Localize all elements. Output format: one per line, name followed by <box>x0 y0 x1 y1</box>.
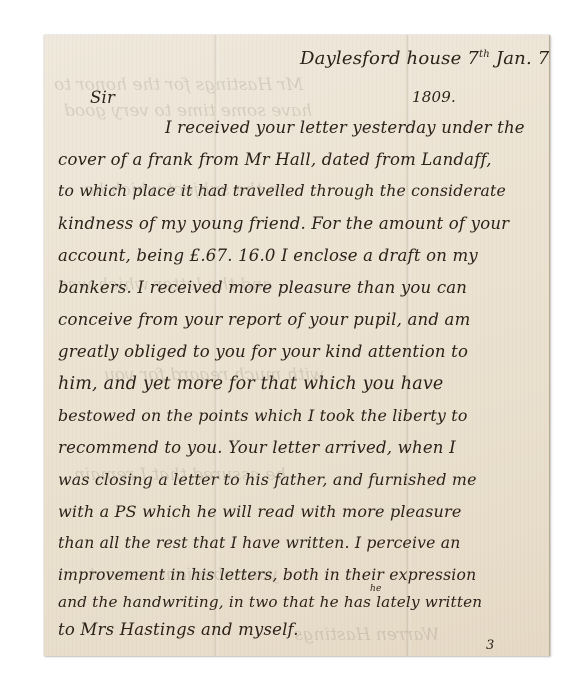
letter-line: to Mrs Hastings and myself. <box>58 620 299 639</box>
heading-day: 7 <box>467 48 479 69</box>
heading-place: Daylesford house <box>300 48 461 69</box>
letter-line: account, being £.67. 16.0 I enclose a dr… <box>58 246 478 265</box>
page-marker: 3 <box>486 638 494 653</box>
letter-line: him, and yet more for that which you hav… <box>58 374 443 394</box>
letter-line: recommend to you. Your letter arrived, w… <box>58 438 456 457</box>
letter-line: and the handwriting, in two that he has … <box>58 593 482 611</box>
heading-month: Jan. <box>496 48 532 69</box>
salutation: Sir <box>90 88 115 107</box>
bleed-through-text: Warren Hastings <box>294 625 439 645</box>
letter-heading-place: Daylesford house 7th Jan. 7 <box>300 48 549 69</box>
letter-line: bestowed on the points which I took the … <box>58 406 468 425</box>
letter-line: with a PS which he will read with more p… <box>58 502 462 521</box>
letter-line: bankers. I received more pleasure than y… <box>58 278 467 297</box>
letter-line: improvement in his letters, both in thei… <box>58 566 476 584</box>
heading-year-prefix: 7 <box>538 48 550 69</box>
letter-line: kindness of my young friend. For the amo… <box>58 214 509 233</box>
heading-day-suffix: th <box>479 49 490 60</box>
letter-line: greatly obliged to you for your kind att… <box>58 342 468 361</box>
heading-year: 1809. <box>412 88 456 106</box>
letter-line: than all the rest that I have written. I… <box>58 534 461 552</box>
letter-line: conceive from your report of your pupil,… <box>58 310 470 329</box>
letter-line: cover of a frank from Mr Hall, dated fro… <box>58 150 492 169</box>
letter-line: to which place it had travelled through … <box>58 182 506 200</box>
letter-line: I received your letter yesterday under t… <box>165 118 525 137</box>
letter-line: was closing a letter to his father, and … <box>58 470 477 489</box>
